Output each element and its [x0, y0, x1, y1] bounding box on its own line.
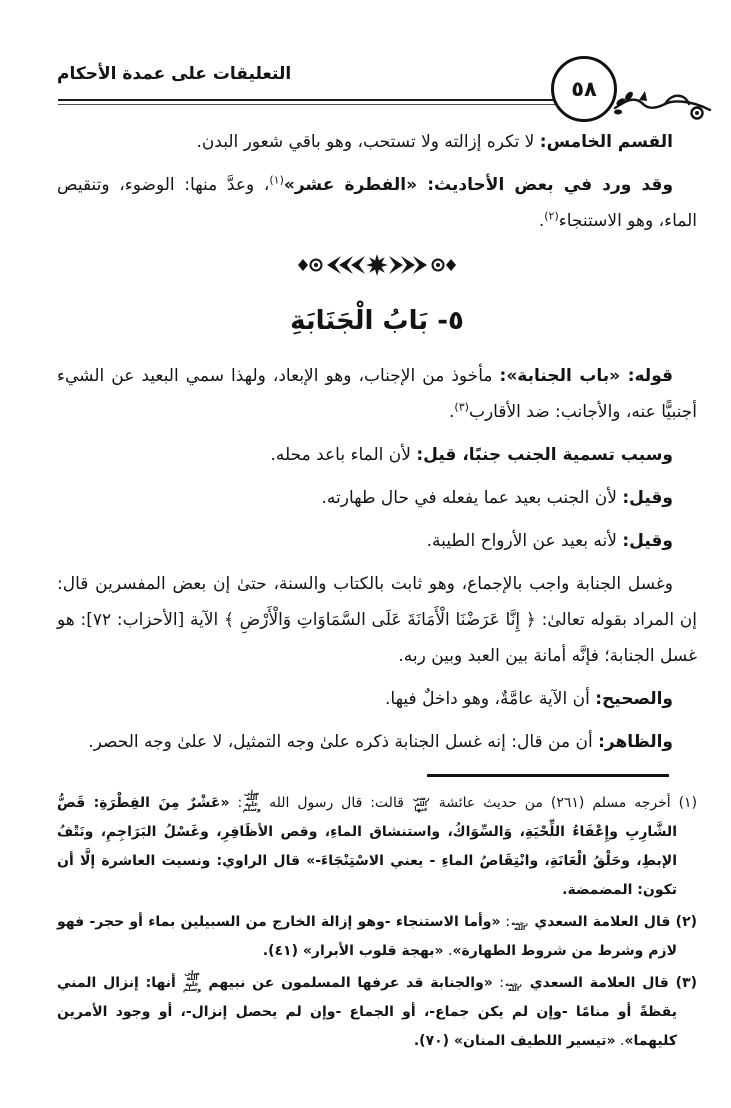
page-number: ٥٨: [571, 77, 597, 101]
book-reference: «بهجة قلوب الأبرار» (٤١).: [263, 943, 444, 959]
footnote-ref-2: (٢): [544, 209, 559, 222]
footnote-text: :: [230, 795, 243, 811]
paragraph-text: أن من قال: إنه غسل الجنابة ذكره علىٰ وجه…: [88, 732, 598, 752]
footnote-marker: (٣): [676, 975, 697, 991]
header-book-title: التعليقات على عمدة الأحكام: [57, 64, 291, 84]
honorific-sallallahu-alayhi-wasallam: صلى الله عليه وسلم: [183, 971, 202, 993]
quoted-text: «والجنابة قد عرفها المسلمون عن نبيهم: [202, 975, 493, 991]
paragraph: القسم الخامس: لا تكره إزالته ولا تستحب، …: [57, 124, 697, 160]
paragraph-lead: وقيل:: [622, 488, 673, 508]
footnote-text: :: [493, 975, 504, 991]
paragraph: قوله: «باب الجنابة»: مأخوذ من الإجناب، و…: [57, 358, 697, 430]
paragraph-text: أن الآية عامَّةٌ، وهو داخلٌ فيها.: [385, 689, 595, 709]
header-double-rule: [58, 99, 591, 105]
paragraph: والصحيح: أن الآية عامَّةٌ، وهو داخلٌ فيه…: [57, 681, 697, 717]
footnote-separator: [427, 774, 669, 777]
paragraph: وقيل: لأن الجنب بعيد عما يفعله في حال طه…: [57, 480, 697, 516]
book-page: التعليقات على عمدة الأحكام ٥٨ القسم الخا…: [0, 0, 731, 1108]
footnote-text: قال العلامة السعدي: [523, 975, 676, 991]
chapter-heading: ٥- بَابُ الْجَنَابَةِ: [57, 298, 697, 344]
paragraph-lead: وسبب تسمية الجنب جنبًا، قيل:: [416, 445, 673, 465]
honorific-rahimahullah: رحمه الله: [510, 921, 529, 932]
paragraph-text: لأن الجنب بعيد عما يفعله في حال طهارته.: [322, 488, 623, 508]
footnote-3: (٣) قال العلامة السعدي رحمه الله: «والجن…: [57, 969, 697, 1056]
honorific-rahimahullah: رحمه الله: [504, 982, 523, 993]
paragraph-lead: وقد ورد في بعض الأحاديث:: [427, 175, 673, 195]
hadith-quote: «الفطرة عشر»: [284, 175, 427, 195]
footnote-1: (١) أخرجه مسلم (٢٦١) من حديث عائشة رضي ا…: [57, 789, 697, 905]
paragraph: وقيل: لأنه بعيد عن الأرواح الطيبة.: [57, 523, 697, 559]
section-divider-icon: [287, 249, 467, 281]
footnote-text: :: [501, 914, 511, 930]
paragraph-lead: قوله: «باب الجنابة»:: [500, 366, 673, 386]
footnote-text: .: [616, 1033, 625, 1049]
section-divider: [57, 249, 697, 294]
paragraph-lead: والصحيح:: [595, 689, 673, 709]
footnote-text: قالت: قال رسول الله: [261, 795, 412, 811]
footnote-2: (٢) قال العلامة السعدي رحمه الله: «وأما …: [57, 908, 697, 966]
footnote-marker: (١): [679, 795, 697, 811]
page-number-badge: ٥٨: [551, 56, 617, 122]
paragraph: وسبب تسمية الجنب جنبًا، قيل: لأن الماء ب…: [57, 437, 697, 473]
footnote-marker: (٢): [676, 914, 697, 930]
footnote-text: قال العلامة السعدي: [529, 914, 676, 930]
paragraph-text: لأنه بعيد عن الأرواح الطيبة.: [427, 531, 623, 551]
footnote-text: أخرجه مسلم (٢٦١) من حديث عائشة: [431, 795, 679, 811]
paragraph-lead: القسم الخامس:: [540, 132, 673, 152]
paragraph: والظاهر: أن من قال: إنه غسل الجنابة ذكره…: [57, 724, 697, 760]
footnote-ref-3: (٣): [454, 400, 469, 413]
paragraph: وغسل الجنابة واجب بالإجماع، وهو ثابت بال…: [57, 566, 697, 674]
paragraph-lead: وقيل:: [622, 531, 673, 551]
book-reference: «تيسير اللطيف المنان» (٧٠).: [414, 1033, 616, 1049]
paragraph: وقد ورد في بعض الأحاديث: «الفطرة عشر»(١)…: [57, 167, 697, 239]
quran-verse: ﴿ إِنَّا عَرَضْنَا الْأَمَانَةَ عَلَى ال…: [224, 610, 536, 630]
paragraph-text: لأن الماء باعد محله.: [270, 445, 416, 465]
honorific-sallallahu-alayhi-wasallam: صلى الله عليه وسلم: [242, 791, 261, 813]
paragraph-lead: والظاهر:: [598, 732, 673, 752]
footnote-ref-1: (١): [269, 173, 284, 186]
footnotes-block: (١) أخرجه مسلم (٢٦١) من حديث عائشة رضي ا…: [57, 789, 697, 1056]
main-text-column: القسم الخامس: لا تكره إزالته ولا تستحب، …: [57, 124, 697, 1059]
paragraph-text: لا تكره إزالته ولا تستحب، وهو باقي شعور …: [196, 132, 539, 152]
honorific-radiallahu-anha: رضي الله عنها: [412, 796, 431, 813]
header-flourish-icon: [613, 82, 713, 128]
